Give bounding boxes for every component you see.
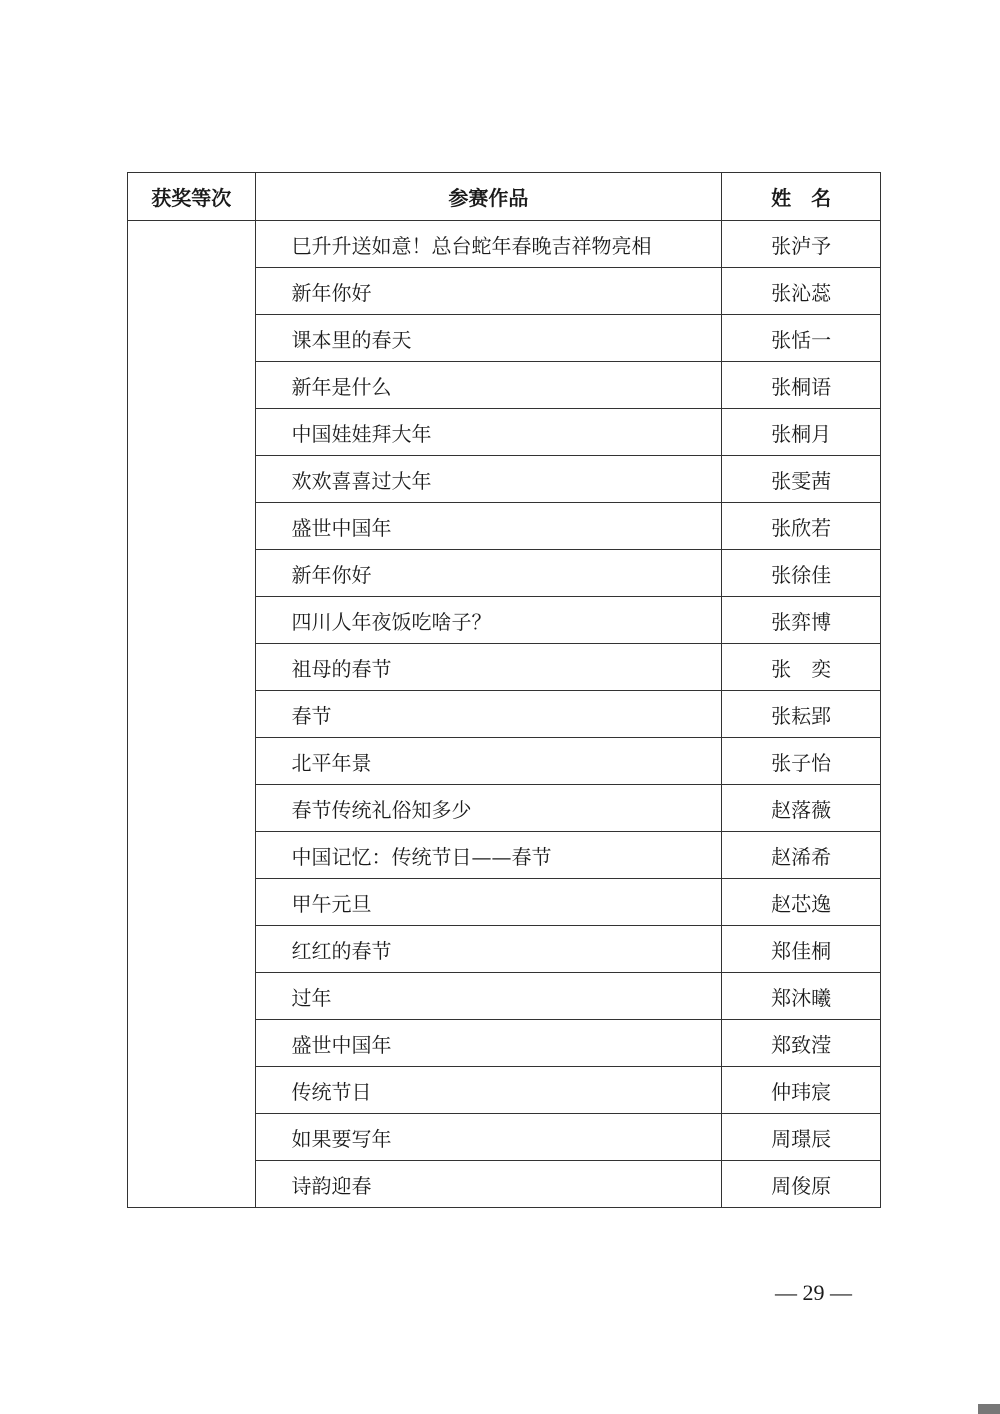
work-cell: 巳升升送如意！总台蛇年春晚吉祥物亮相 (255, 221, 722, 268)
work-cell: 课本里的春天 (255, 315, 722, 362)
name-cell: 周俊原 (722, 1161, 881, 1208)
work-cell: 盛世中国年 (255, 503, 722, 550)
name-cell: 张雯茜 (722, 456, 881, 503)
name-cell: 张耘郢 (722, 691, 881, 738)
name-cell: 张子怡 (722, 738, 881, 785)
name-cell: 张徐佳 (722, 550, 881, 597)
work-cell: 北平年景 (255, 738, 722, 785)
work-cell: 甲午元旦 (255, 879, 722, 926)
name-cell: 张沁蕊 (722, 268, 881, 315)
work-cell: 盛世中国年 (255, 1020, 722, 1067)
work-cell: 新年是什么 (255, 362, 722, 409)
table-row: 巳升升送如意！总台蛇年春晚吉祥物亮相张泸予 (128, 221, 881, 268)
name-cell: 郑佳桐 (722, 926, 881, 973)
work-cell: 新年你好 (255, 550, 722, 597)
work-cell: 中国记忆：传统节日——春节 (255, 832, 722, 879)
name-cell: 张欣若 (722, 503, 881, 550)
name-cell: 郑致滢 (722, 1020, 881, 1067)
table-header-row: 获奖等次 参赛作品 姓 名 (128, 173, 881, 221)
name-cell: 赵芯逸 (722, 879, 881, 926)
name-cell: 张泸予 (722, 221, 881, 268)
name-cell: 张弈博 (722, 597, 881, 644)
name-cell: 赵落薇 (722, 785, 881, 832)
work-cell: 红红的春节 (255, 926, 722, 973)
name-cell: 张桐月 (722, 409, 881, 456)
page-number: — 29 — (775, 1280, 852, 1306)
name-cell: 仲玮宸 (722, 1067, 881, 1114)
work-cell: 过年 (255, 973, 722, 1020)
work-cell: 欢欢喜喜过大年 (255, 456, 722, 503)
corner-mark (978, 1404, 1000, 1414)
work-cell: 春节传统礼俗知多少 (255, 785, 722, 832)
name-cell: 张桐语 (722, 362, 881, 409)
work-cell: 传统节日 (255, 1067, 722, 1114)
award-table: 获奖等次 参赛作品 姓 名 巳升升送如意！总台蛇年春晚吉祥物亮相张泸予新年你好张… (127, 172, 881, 1208)
work-cell: 中国娃娃拜大年 (255, 409, 722, 456)
work-cell: 春节 (255, 691, 722, 738)
work-cell: 祖母的春节 (255, 644, 722, 691)
work-cell: 如果要写年 (255, 1114, 722, 1161)
name-cell: 张恬一 (722, 315, 881, 362)
name-cell: 周璟辰 (722, 1114, 881, 1161)
name-cell: 郑沐曦 (722, 973, 881, 1020)
header-rank: 获奖等次 (128, 173, 256, 221)
header-work: 参赛作品 (255, 173, 722, 221)
header-name: 姓 名 (722, 173, 881, 221)
rank-cell (128, 221, 256, 1208)
work-cell: 新年你好 (255, 268, 722, 315)
name-cell: 赵浠希 (722, 832, 881, 879)
name-cell: 张 奕 (722, 644, 881, 691)
work-cell: 诗韵迎春 (255, 1161, 722, 1208)
work-cell: 四川人年夜饭吃啥子？ (255, 597, 722, 644)
